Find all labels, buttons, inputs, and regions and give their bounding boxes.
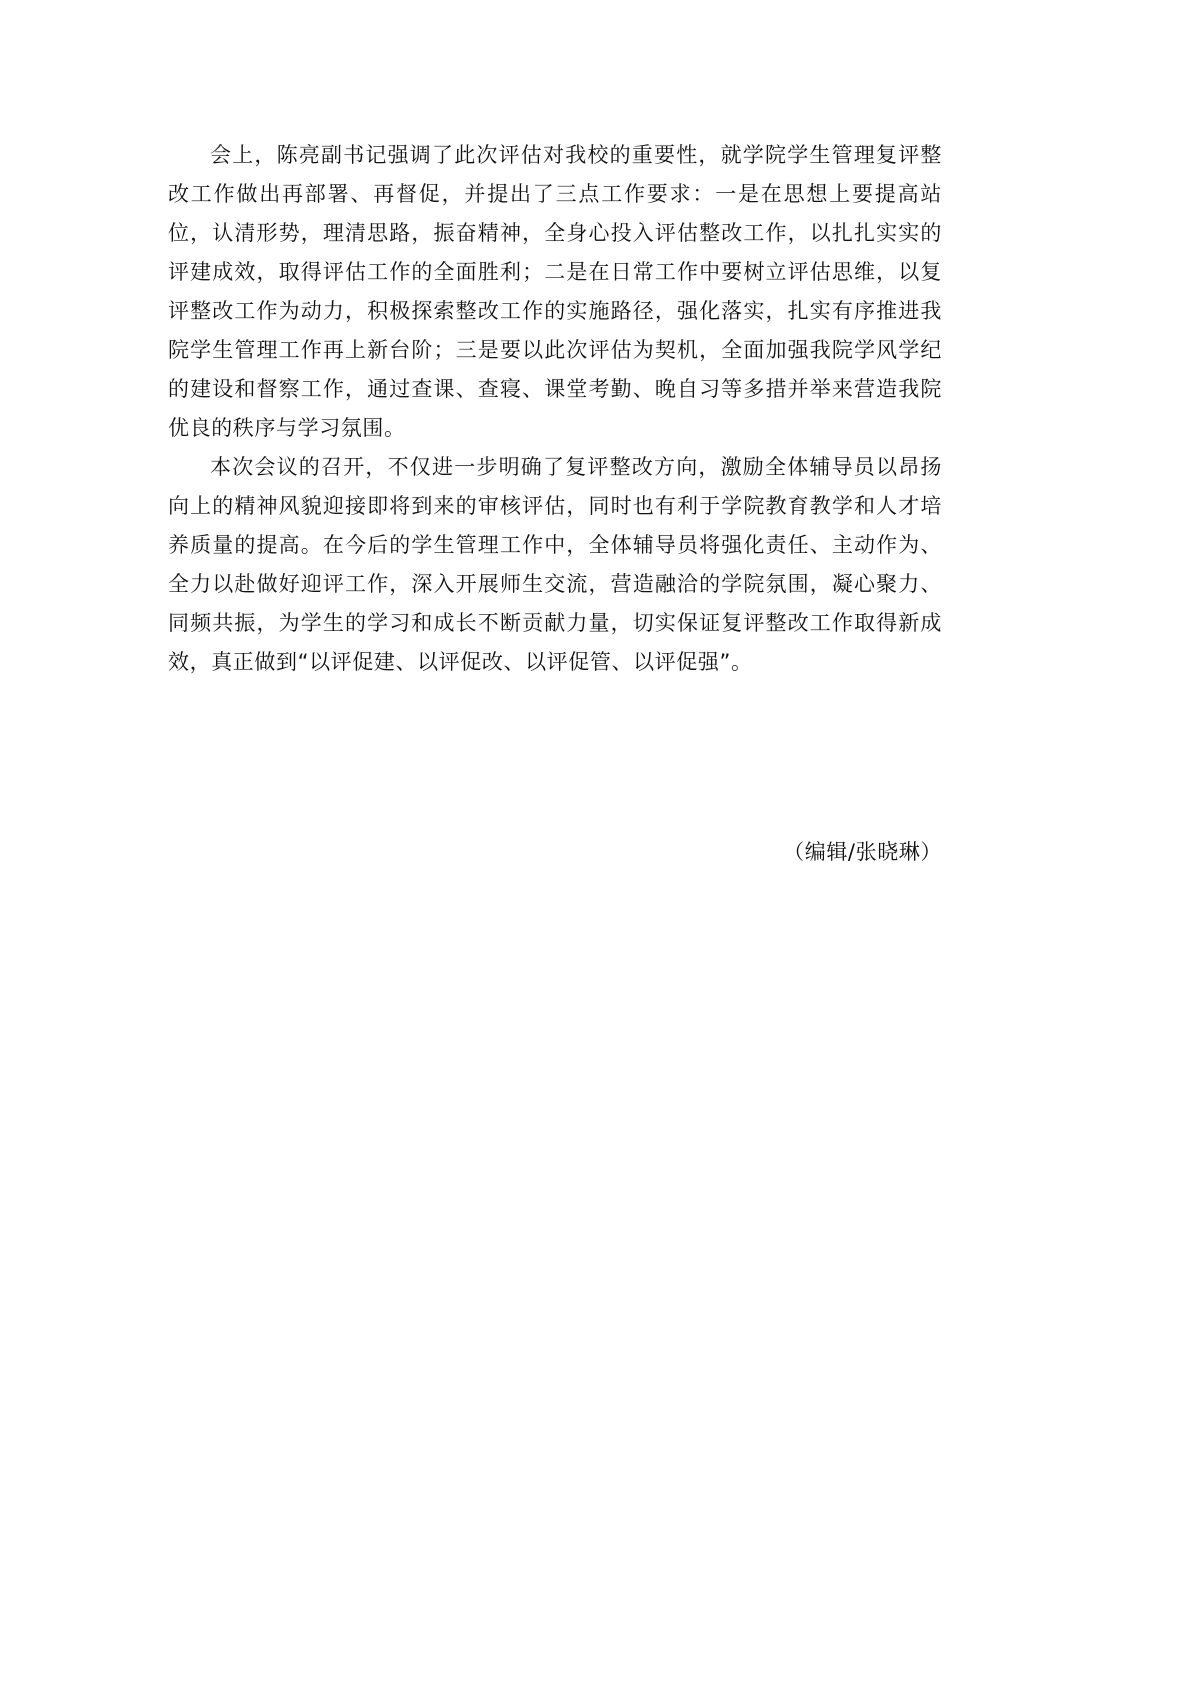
- paragraph-meeting-requirements: 会上，陈亮副书记强调了此次评估对我校的重要性，就学院学生管理复评整改工作做出再部…: [168, 136, 942, 448]
- paragraph-meeting-significance: 本次会议的召开，不仅进一步明确了复评整改方向，激励全体辅导员以昂扬向上的精神风貌…: [168, 448, 942, 682]
- editor-signature: （编辑/张晓琳）: [168, 833, 942, 872]
- document-body: 会上，陈亮副书记强调了此次评估对我校的重要性，就学院学生管理复评整改工作做出再部…: [168, 136, 942, 682]
